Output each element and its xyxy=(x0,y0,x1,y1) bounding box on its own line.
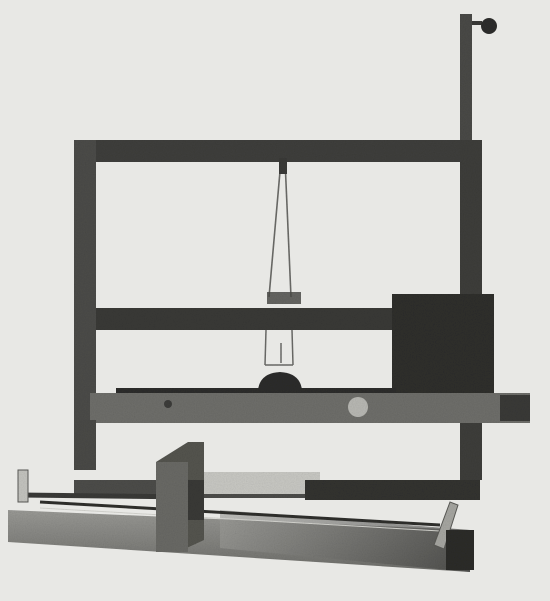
apparatus-illustration xyxy=(0,0,550,601)
top-frame-beam xyxy=(82,140,472,162)
dark-box xyxy=(392,294,494,404)
screw-knob-icon xyxy=(348,397,368,417)
apparatus-photo xyxy=(0,0,550,601)
lower-rail-beam xyxy=(90,388,530,423)
sliding-carriage-block xyxy=(156,442,204,552)
middle-crossbar xyxy=(96,308,396,330)
knob-icon xyxy=(481,18,497,34)
left-post-foot xyxy=(74,420,96,470)
